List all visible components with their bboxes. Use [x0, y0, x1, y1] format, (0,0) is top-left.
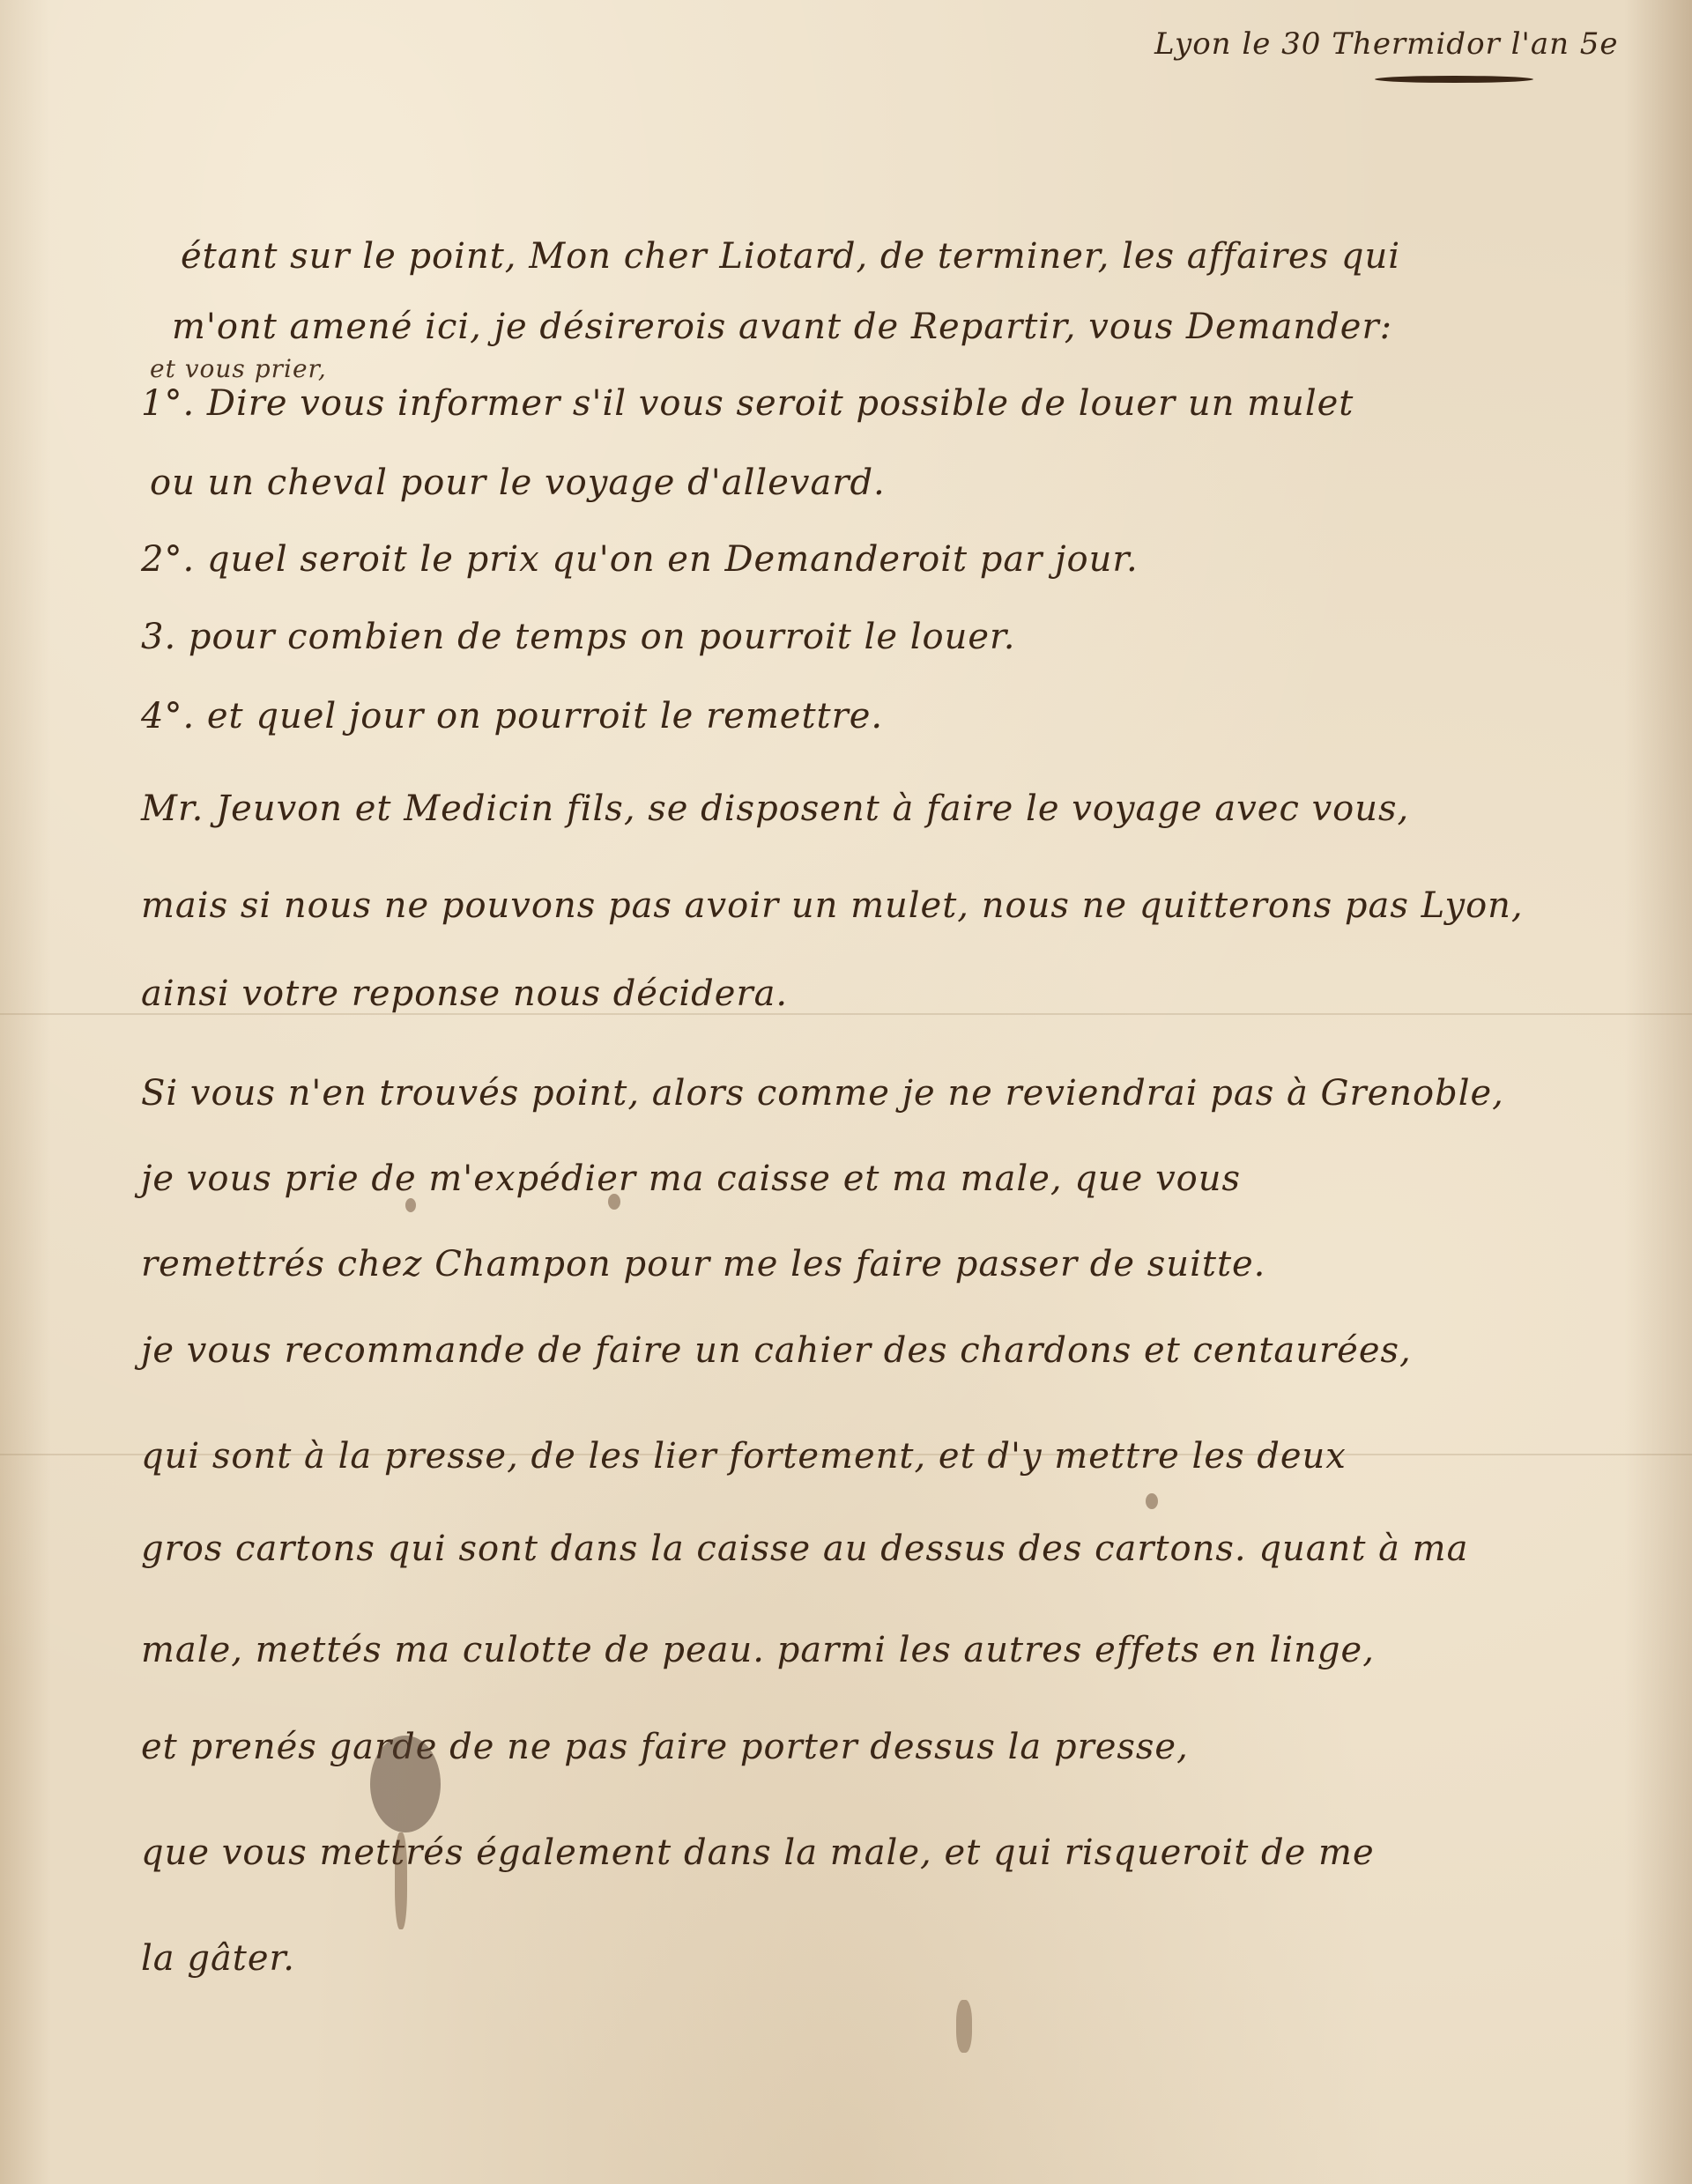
letter-line: la gâter. — [141, 1938, 295, 1979]
ink-drip — [395, 1832, 407, 1929]
letter-line: 3. pour combien de temps on pourroit le … — [141, 617, 1015, 657]
interlinear-insertion: et vous prier, — [150, 354, 327, 383]
ink-drip — [956, 2000, 972, 2053]
letter-line: 1°. Dire vous informer s'il vous seroit … — [141, 383, 1354, 424]
ink-stain — [370, 1736, 441, 1832]
letter-line: gros cartons qui sont dans la caisse au … — [141, 1529, 1468, 1569]
letter-line: 2°. quel seroit le prix qu'on en Demande… — [141, 539, 1139, 580]
letter-line: et prenés garde de ne pas faire porter d… — [141, 1727, 1189, 1767]
letter-line: étant sur le point, Mon cher Liotard, de… — [181, 236, 1400, 277]
letter-line: ou un cheval pour le voyage d'allevard. — [150, 463, 886, 503]
letter-line: remettrés chez Champon pour me les faire… — [141, 1244, 1265, 1284]
letter-line: je vous prie de m'expédier ma caisse et … — [141, 1159, 1241, 1199]
letter-line: male, mettés ma culotte de peau. parmi l… — [141, 1630, 1375, 1670]
letter-line: que vous mettrés également dans la male,… — [141, 1832, 1375, 1873]
ink-spot — [405, 1198, 416, 1212]
letter-line: mais si nous ne pouvons pas avoir un mul… — [141, 885, 1524, 926]
letter-line: je vous recommande de faire un cahier de… — [141, 1330, 1412, 1371]
ink-spot — [1146, 1493, 1158, 1509]
letter-line: Mr. Jeuvon et Medicin fils, se disposent… — [141, 788, 1409, 829]
letter-line: Si vous n'en trouvés point, alors comme … — [141, 1073, 1504, 1114]
letter-line: qui sont à la presse, de les lier fortem… — [141, 1436, 1347, 1477]
letter-line: 4°. et quel jour on pourroit le remettre… — [141, 696, 883, 737]
letter-line: m'ont amené ici, je désirerois avant de … — [172, 307, 1392, 347]
ink-spot — [608, 1194, 620, 1210]
dateline: Lyon le 30 Thermidor l'an 5e — [1154, 26, 1619, 62]
letter-page: Lyon le 30 Thermidor l'an 5e étant sur l… — [0, 0, 1692, 2184]
dateline-flourish — [1375, 76, 1533, 83]
letter-line: ainsi votre reponse nous décidera. — [141, 974, 788, 1014]
